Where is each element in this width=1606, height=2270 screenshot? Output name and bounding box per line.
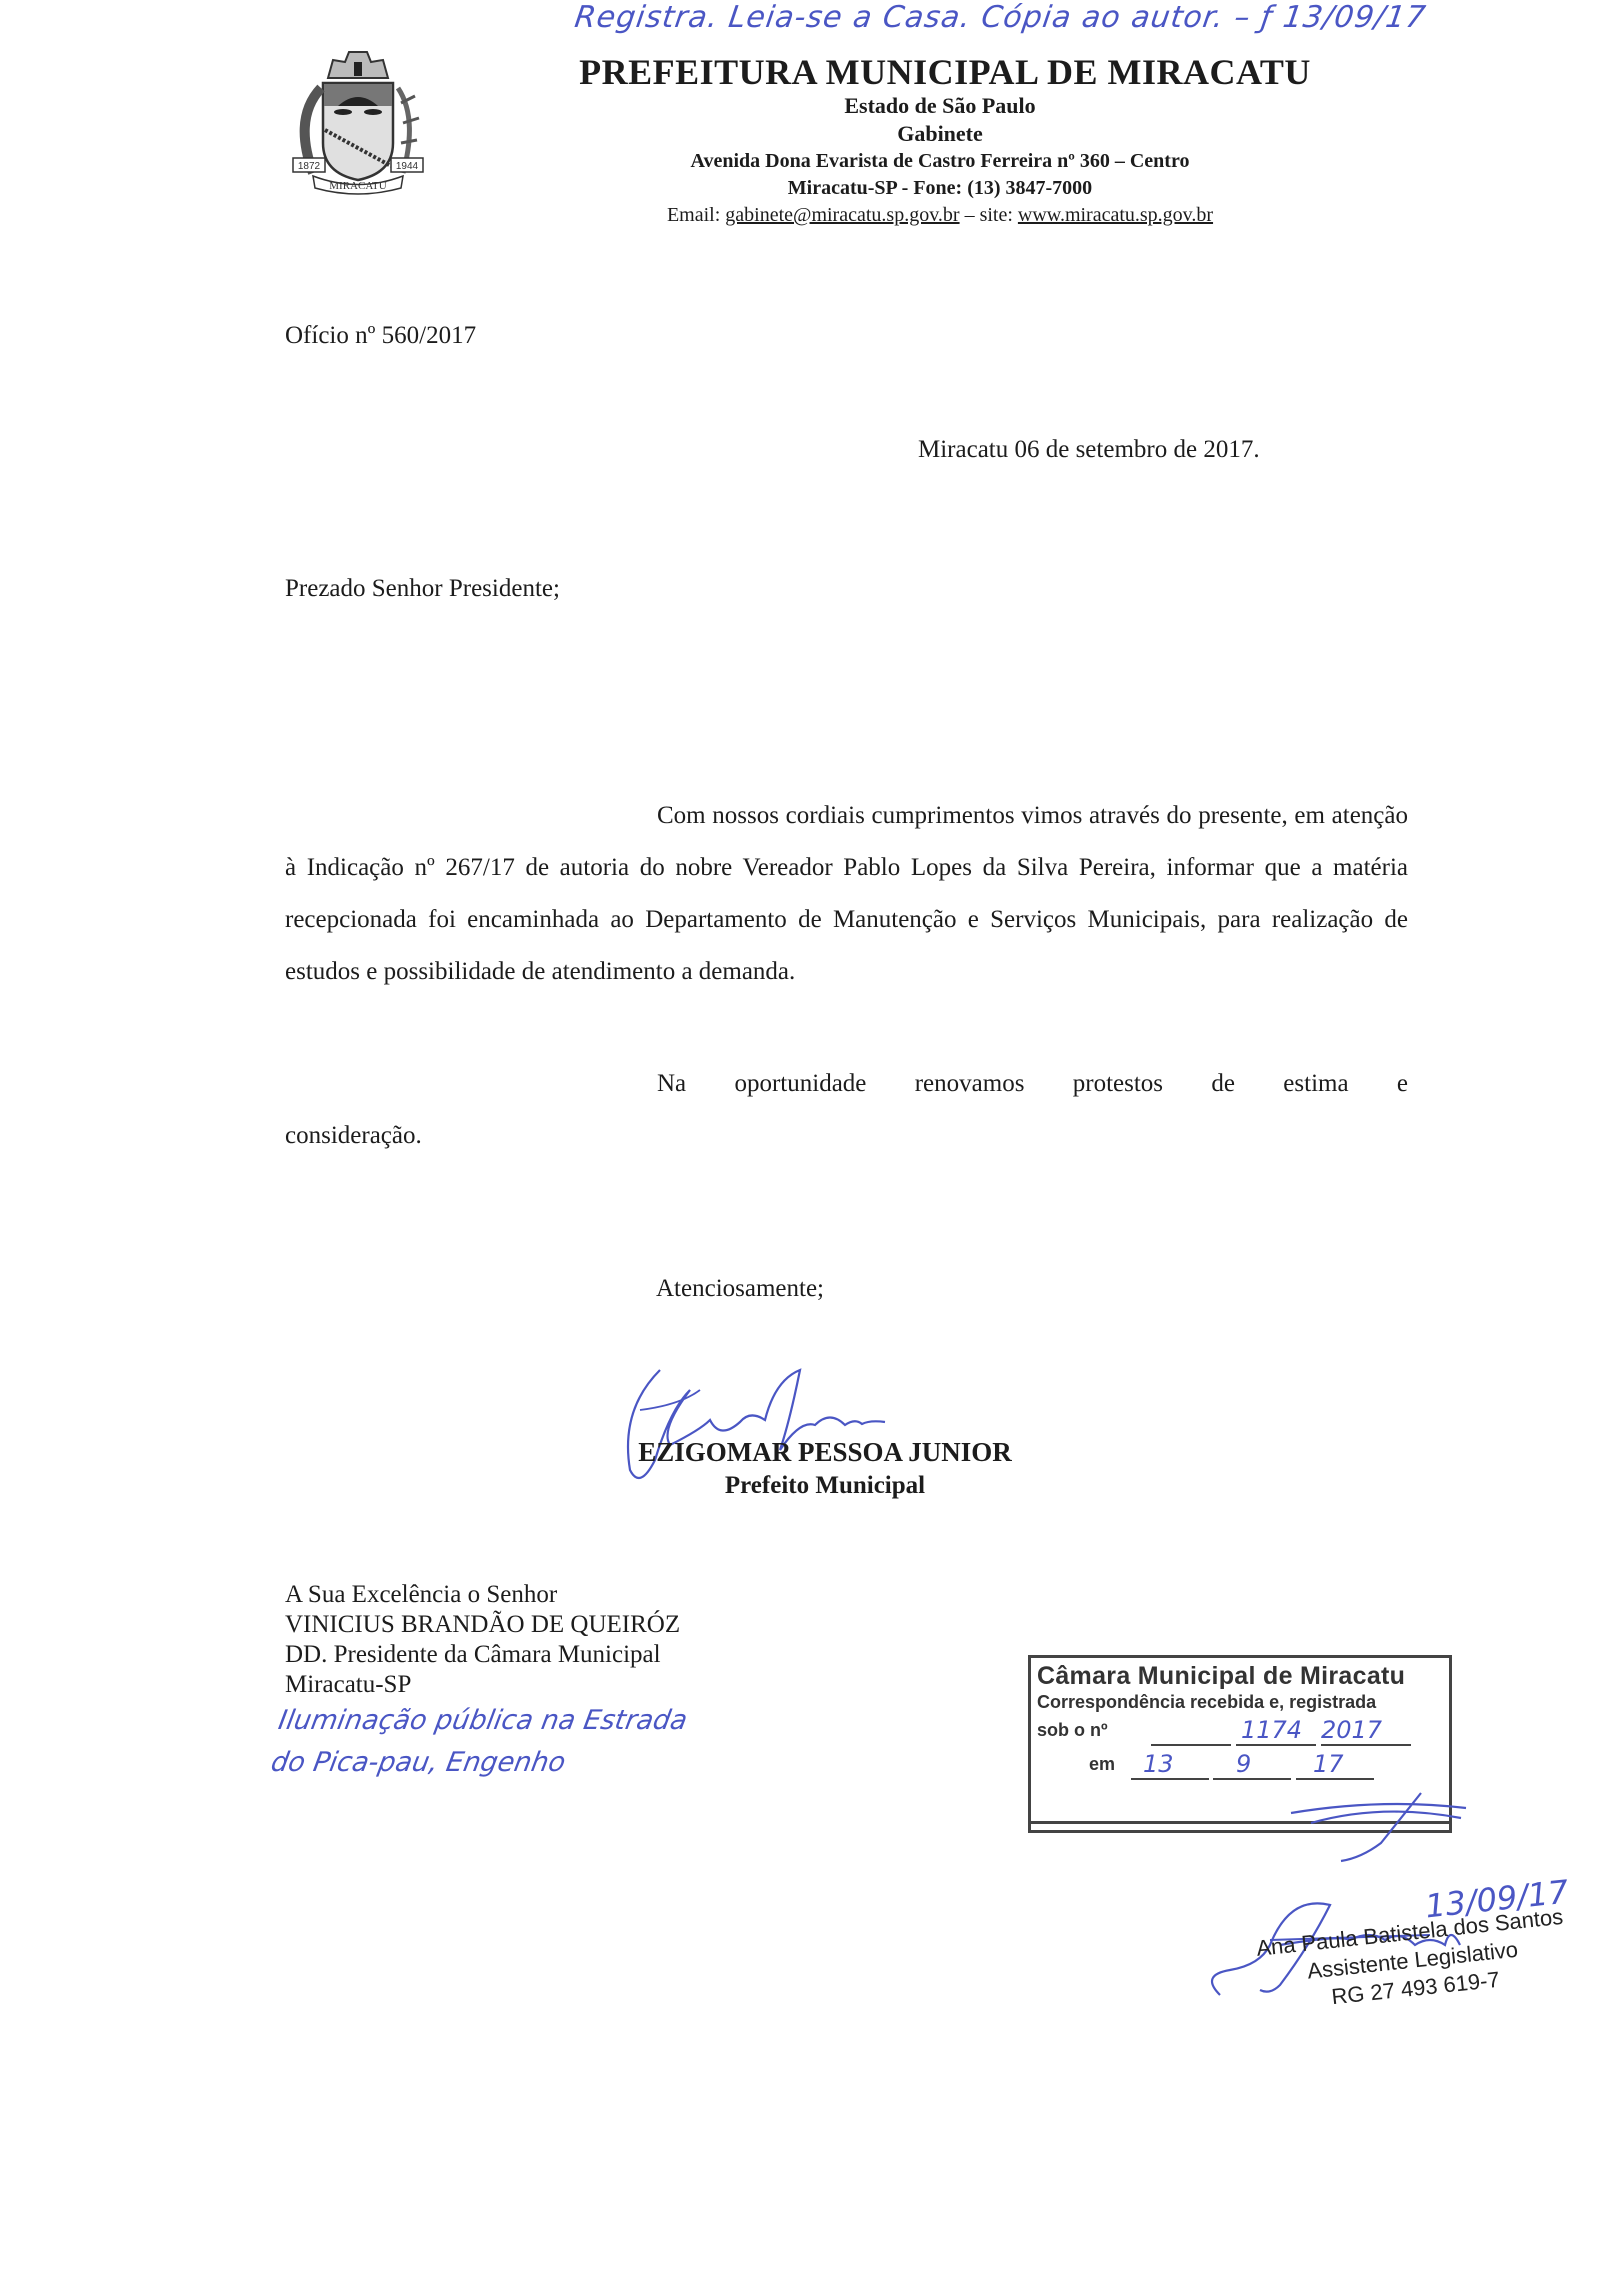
logo-year-left: 1872 [298, 161, 321, 172]
stamp-number-year: 2017 [1321, 1716, 1382, 1744]
email-label: Email: [667, 204, 725, 226]
stamp-date-year: 17 [1313, 1750, 1344, 1778]
site-link[interactable]: www.miracatu.sp.gov.br [1018, 204, 1213, 226]
handwritten-subject-note: Iluminação pública na Estrada do Pica-pa… [268, 1700, 691, 1784]
stamp-date-label: em [1089, 1754, 1115, 1775]
subject-note-line-2: do Pica-pau, Engenho [268, 1742, 684, 1784]
signer-role: Prefeito Municipal [565, 1469, 1085, 1503]
site-label: – site: [960, 204, 1018, 226]
paragraph-2-first-line: Na oportunidade renovamos protestos de e… [657, 1070, 1408, 1097]
address-line: Avenida Dona Evarista de Castro Ferreira… [440, 148, 1440, 175]
email-link[interactable]: gabinete@miracatu.sp.gov.br [725, 204, 959, 226]
letterhead: PREFEITURA MUNICIPAL DE MIRACATU Estado … [440, 52, 1440, 229]
recipient-salutation: A Sua Excelência o Senhor [285, 1580, 680, 1610]
state-line: Estado de São Paulo [440, 92, 1440, 120]
city-phone-line: Miracatu-SP - Fone: (13) 3847-7000 [440, 175, 1440, 202]
stamp-date-month: 9 [1236, 1750, 1251, 1778]
recipient-title: DD. Presidente da Câmara Municipal [285, 1640, 680, 1670]
stamp-number-label: sob o nº [1037, 1720, 1108, 1741]
recipient-block: A Sua Excelência o Senhor VINICIUS BRAND… [285, 1580, 680, 1700]
department-line: Gabinete [440, 120, 1440, 148]
receipt-stamp: Câmara Municipal de Miracatu Correspondê… [1028, 1655, 1452, 1833]
logo-banner-text: MIRACATU [329, 180, 387, 192]
subject-note-line-1: Iluminação pública na Estrada [275, 1700, 691, 1742]
contact-line: Email: gabinete@miracatu.sp.gov.br – sit… [440, 202, 1440, 229]
logo-year-right: 1944 [396, 161, 419, 172]
stamp-title: Câmara Municipal de Miracatu [1037, 1662, 1405, 1691]
recipient-name: VINICIUS BRANDÃO DE QUEIRÓZ [285, 1610, 680, 1640]
paragraph-2-rest: consideração. [285, 1122, 422, 1149]
greeting: Prezado Senhor Presidente; [285, 575, 560, 603]
stamp-date-day: 13 [1143, 1750, 1174, 1778]
stamp-number-value: 1174 [1241, 1716, 1302, 1744]
signer-name: EZIGOMAR PESSOA JUNIOR [565, 1435, 1085, 1469]
recipient-city: Miracatu-SP [285, 1670, 680, 1700]
coat-of-arms-icon: 1872 1944 MIRACATU [283, 48, 433, 198]
paragraph-1-text: Com nossos cordiais cumprimentos vimos a… [285, 802, 1408, 985]
date-line: Miracatu 06 de setembro de 2017. [918, 436, 1260, 464]
organization-title: PREFEITURA MUNICIPAL DE MIRACATU [450, 52, 1440, 92]
body-paragraph-1: Com nossos cordiais cumprimentos vimos a… [285, 790, 1408, 998]
closing: Atenciosamente; [656, 1275, 824, 1303]
document-reference: Ofício nº 560/2017 [285, 322, 476, 350]
signer-block: EZIGOMAR PESSOA JUNIOR Prefeito Municipa… [565, 1435, 1085, 1503]
body-paragraph-2: Na oportunidade renovamos protestos de e… [285, 1058, 1408, 1162]
stamp-initials-scribble-icon [1281, 1783, 1471, 1863]
handwritten-dispatch-note: Registra. Leia-se a Casa. Cópia ao autor… [573, 0, 1429, 35]
stamp-subtitle: Correspondência recebida e, registrada [1037, 1692, 1376, 1713]
